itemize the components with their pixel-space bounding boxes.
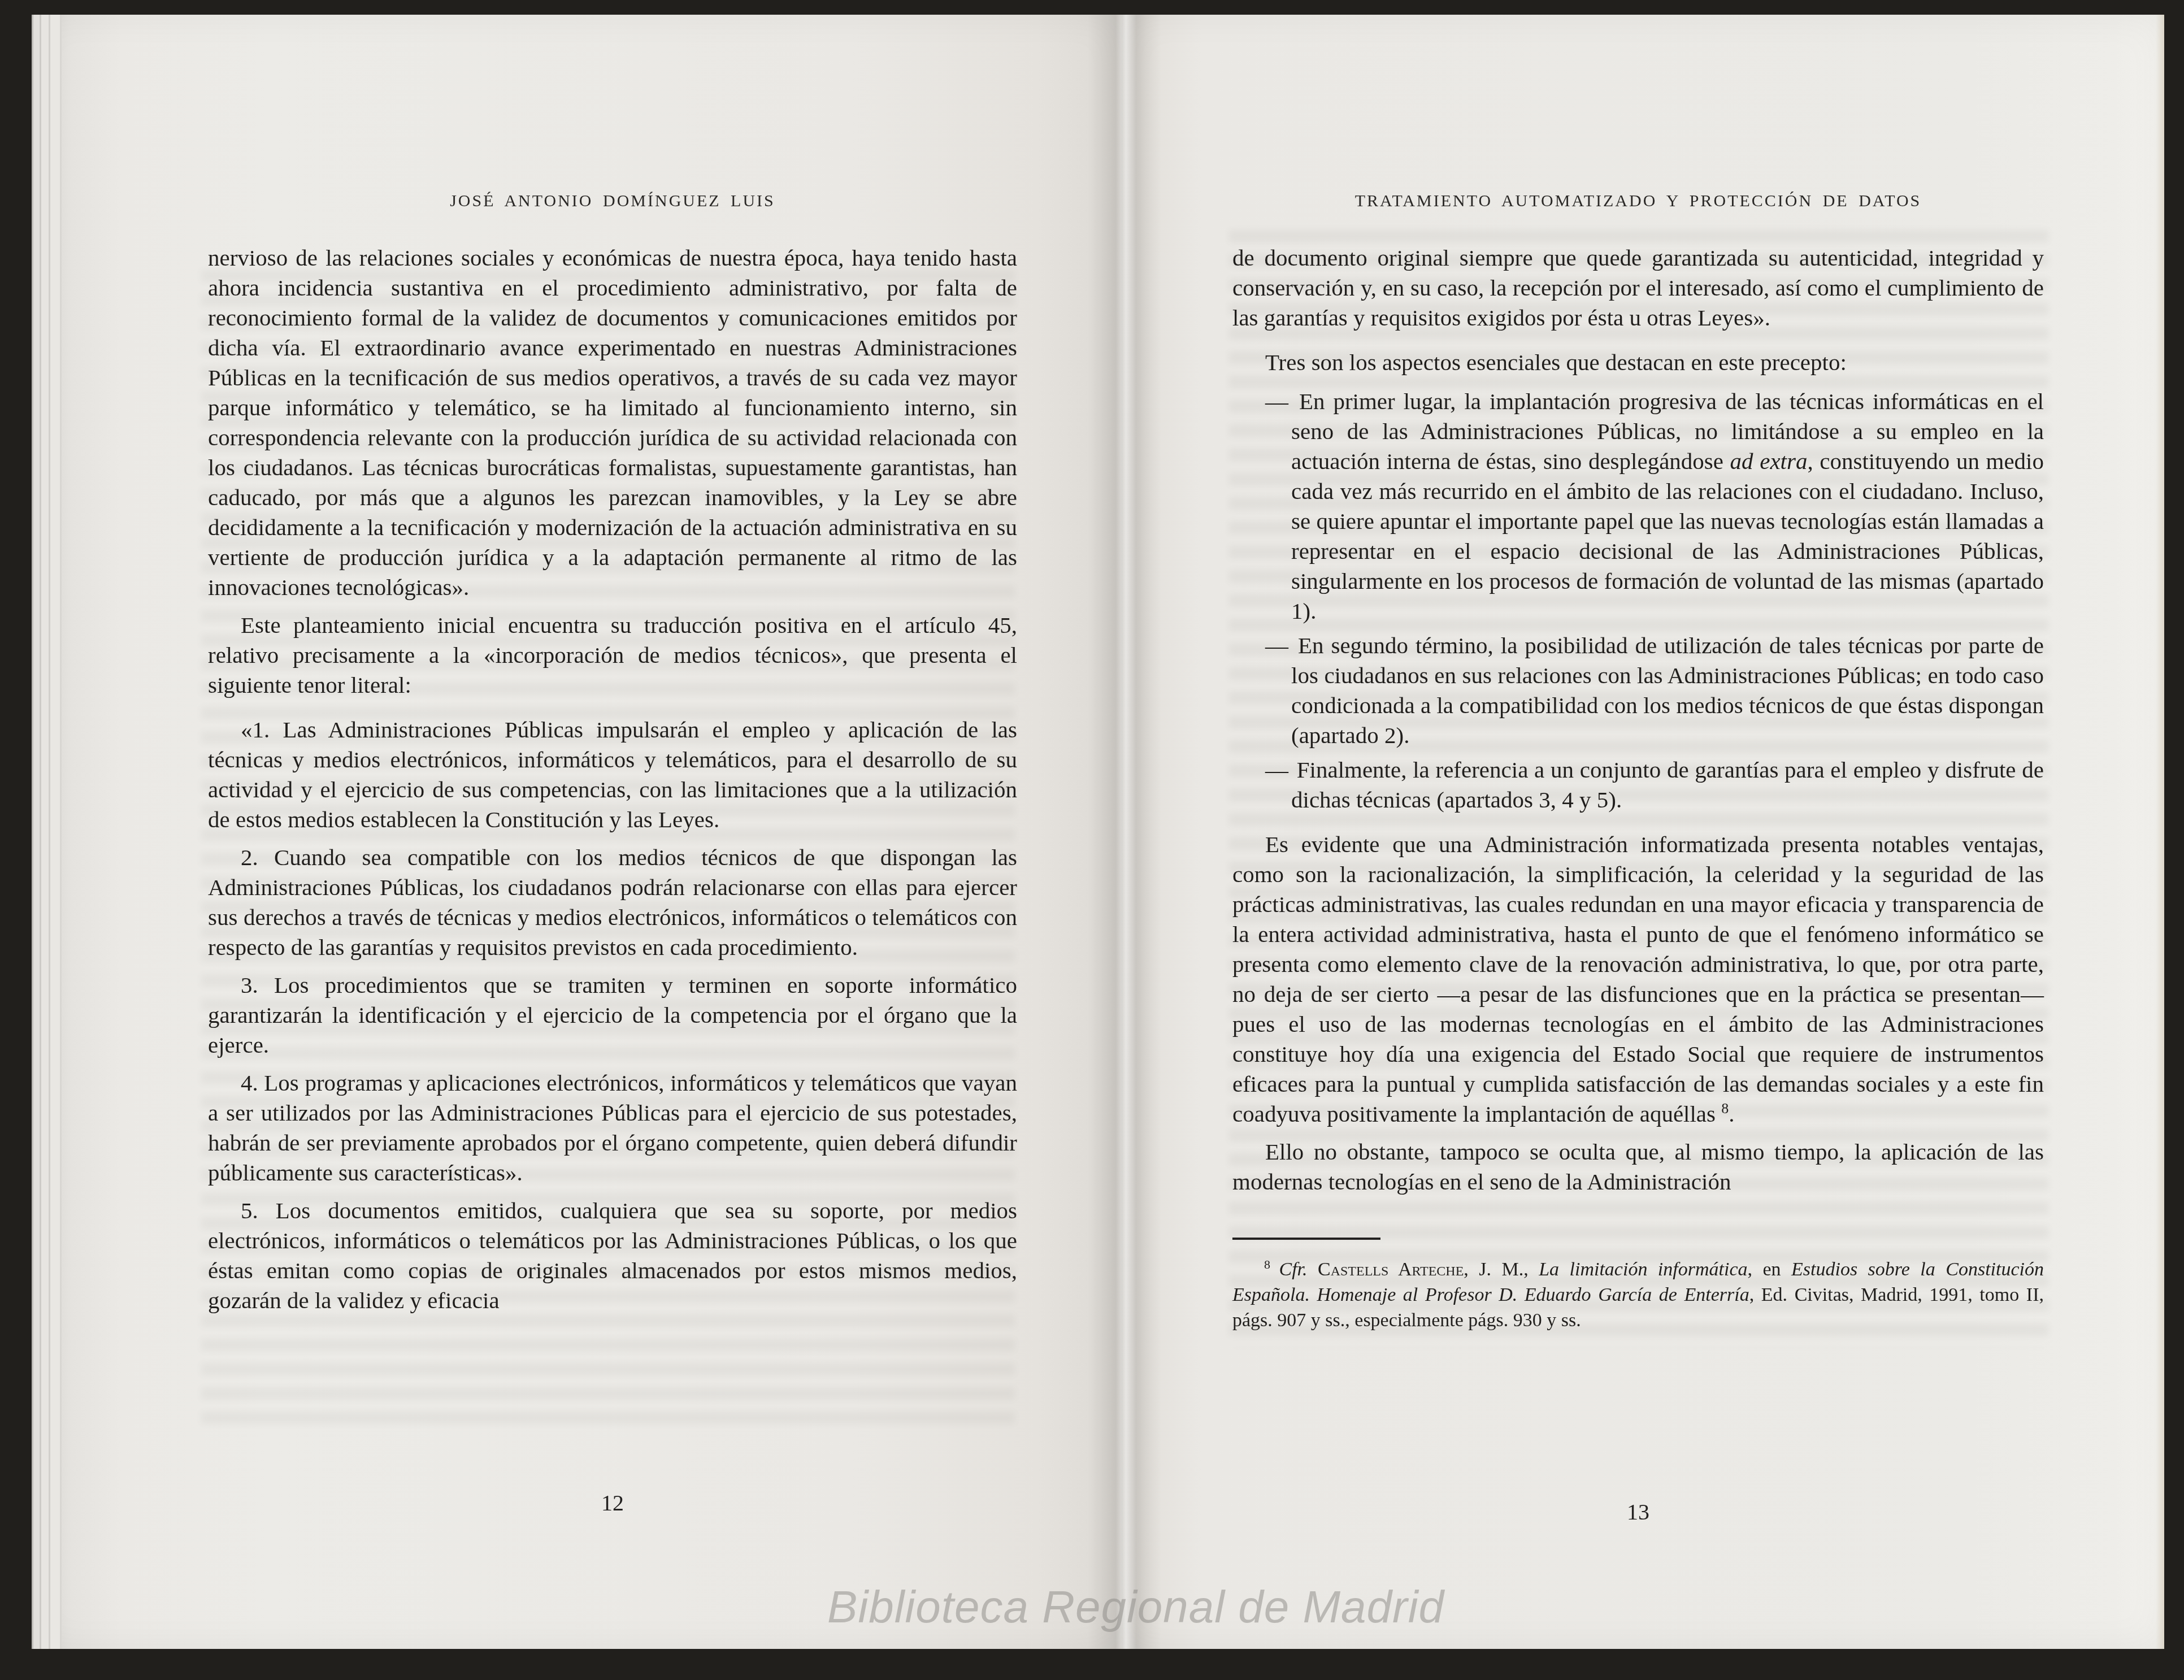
- footnote: 8 Cfr. Castells Arteche, J. M., La limit…: [1232, 1257, 2044, 1333]
- list-dash: —: [1265, 757, 1297, 783]
- list-item: — En primer lugar, la implantación progr…: [1265, 387, 2044, 626]
- running-head-left: JOSÉ ANTONIO DOMÍNGUEZ LUIS: [208, 191, 1017, 211]
- paragraph: nervioso de las relaciones sociales y ec…: [208, 243, 1017, 602]
- book-scan: JOSÉ ANTONIO DOMÍNGUEZ LUIS nervioso de …: [0, 0, 2184, 1680]
- list-dash: —: [1265, 388, 1299, 414]
- text-run: Castells Arteche: [1318, 1259, 1464, 1280]
- paragraph: 3. Los procedimientos que se tramiten y …: [208, 970, 1017, 1060]
- left-text-column: JOSÉ ANTONIO DOMÍNGUEZ LUIS nervioso de …: [208, 191, 1017, 1316]
- aspect-list: — En primer lugar, la implantación progr…: [1232, 387, 2044, 815]
- paragraph: Este planteamiento inicial encuentra su …: [208, 610, 1017, 700]
- paragraph: Ello no obstante, tampoco se oculta que,…: [1232, 1137, 2044, 1197]
- paragraph: «1. Las Administraciones Públicas impuls…: [208, 715, 1017, 835]
- text-run: Cfr.: [1279, 1259, 1307, 1280]
- text-run: [1308, 1259, 1318, 1280]
- paragraph: 4. Los programas y aplicaciones electrón…: [208, 1068, 1017, 1188]
- text-run: En segundo término, la posibilidad de ut…: [1291, 632, 2044, 748]
- text-run: Ello no obstante, tampoco se oculta que,…: [1232, 1139, 2044, 1195]
- page-edge-stack: [32, 15, 72, 1649]
- right-page-body-top: de documento original siempre que quede …: [1232, 243, 2044, 377]
- text-run: Finalmente, la referencia a un conjunto …: [1291, 757, 2044, 813]
- text-run: , J. M.,: [1464, 1259, 1539, 1280]
- paragraph: 2. Cuando sea compatible con los medios …: [208, 843, 1017, 962]
- text-run: Es evidente que una Administración infor…: [1232, 831, 2044, 1127]
- running-head-right: TRATAMIENTO AUTOMATIZADO Y PROTECCIÓN DE…: [1232, 191, 2044, 211]
- library-watermark: Biblioteca Regional de Madrid: [817, 1581, 1455, 1633]
- text-run: de documento original siempre que quede …: [1232, 245, 2044, 331]
- paragraph: de documento original siempre que quede …: [1232, 243, 2044, 333]
- text-run: nervioso de las relaciones sociales y ec…: [208, 245, 1017, 600]
- left-page-body: nervioso de las relaciones sociales y ec…: [208, 243, 1017, 1316]
- text-run: 2. Cuando sea compatible con los medios …: [208, 844, 1017, 960]
- text-run: , en: [1748, 1259, 1792, 1280]
- paragraph: Tres son los aspectos esenciales que des…: [1232, 348, 2044, 377]
- paragraph: 5. Los documentos emitidos, cualquiera q…: [208, 1196, 1017, 1316]
- right-page-body-bottom: Es evidente que una Administración infor…: [1232, 830, 2044, 1197]
- text-run: .: [1729, 1101, 1734, 1127]
- text-run: «1. Las Administraciones Públicas impuls…: [208, 717, 1017, 832]
- list-dash: —: [1265, 632, 1298, 658]
- text-run: ad extra: [1730, 448, 1808, 474]
- footnote-rule: [1232, 1238, 1380, 1240]
- text-run: 3. Los procedimientos que se tramiten y …: [208, 972, 1017, 1058]
- page-number-left: 12: [208, 1490, 1017, 1516]
- text-run: La limitación informática: [1539, 1259, 1747, 1280]
- right-text-column: TRATAMIENTO AUTOMATIZADO Y PROTECCIÓN DE…: [1232, 191, 2044, 1333]
- text-run: 4. Los programas y aplicaciones electrón…: [208, 1070, 1017, 1186]
- text-run: Este planteamiento inicial encuentra su …: [208, 612, 1017, 698]
- footnote-ref: 8: [1721, 1100, 1729, 1117]
- list-item: — En segundo término, la posibilidad de …: [1265, 631, 2044, 750]
- footnote-marker: 8: [1264, 1257, 1279, 1271]
- list-item: — Finalmente, la referencia a un conjunt…: [1265, 755, 2044, 815]
- paragraph: Es evidente que una Administración infor…: [1232, 830, 2044, 1129]
- text-run: Tres son los aspectos esenciales que des…: [1265, 349, 1847, 375]
- text-run: , constituyendo un medio cada vez más re…: [1291, 448, 2044, 624]
- text-run: 5. Los documentos emitidos, cualquiera q…: [208, 1197, 1017, 1313]
- page-number-right: 13: [1232, 1499, 2044, 1525]
- left-page: JOSÉ ANTONIO DOMÍNGUEZ LUIS nervioso de …: [32, 15, 1122, 1649]
- right-page: TRATAMIENTO AUTOMATIZADO Y PROTECCIÓN DE…: [1122, 15, 2164, 1649]
